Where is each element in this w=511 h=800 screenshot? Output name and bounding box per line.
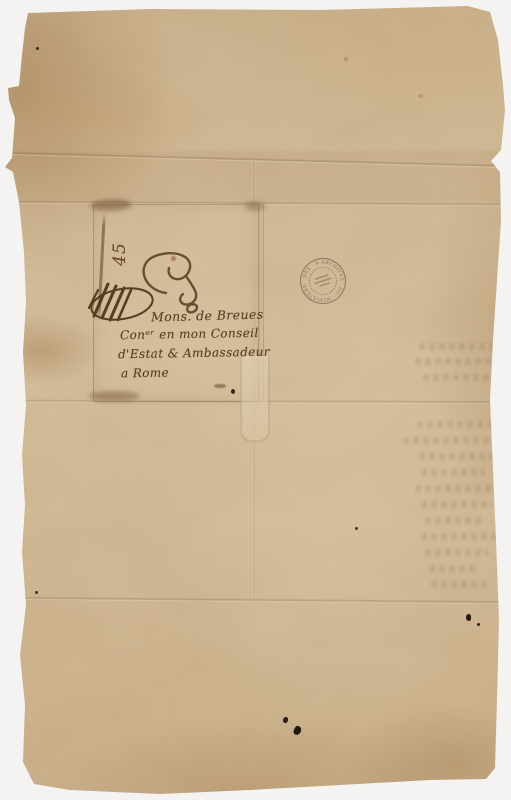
svg-text:· ARCHIVES · DU · MINISTÈRE ·: · ARCHIVES · DU · MINISTÈRE · DES · AFFA… xyxy=(290,248,350,310)
ghost-text-line xyxy=(403,437,491,444)
ghost-text-line xyxy=(431,581,487,588)
ghost-text-line xyxy=(417,421,499,428)
ghost-text-line xyxy=(425,517,483,524)
pinhole xyxy=(36,47,39,50)
ghost-text-line xyxy=(419,453,495,460)
ink-speck xyxy=(293,725,303,736)
ghost-text-line xyxy=(421,533,497,540)
ink-speck xyxy=(355,527,358,530)
address-line: d'Estat & Ambassadeur xyxy=(118,345,270,362)
fold-crease-lower xyxy=(0,596,511,605)
address-line: Conᵉʳ en mon Conseil xyxy=(120,326,259,342)
stamp-ring-text: · ARCHIVES · DU · MINISTÈRE · DES · AFFA… xyxy=(290,248,350,310)
address-panel xyxy=(93,204,259,402)
ghost-text-line xyxy=(415,485,499,492)
address-line: a Rome xyxy=(121,366,169,381)
ghost-text-line xyxy=(419,343,497,350)
ghost-text-line xyxy=(421,469,485,476)
archival-number: 45 xyxy=(100,236,140,272)
rust-freckle xyxy=(418,94,423,98)
seal-tab xyxy=(241,356,269,441)
ink-speck xyxy=(477,623,480,626)
ink-speck xyxy=(35,591,38,594)
ghost-text-line xyxy=(421,501,493,508)
ghost-text-line xyxy=(423,374,493,381)
ghost-text-line xyxy=(415,358,501,365)
ghost-text-line xyxy=(425,549,489,556)
address-line: Mons. de Breues xyxy=(151,307,264,325)
paper-sheet: 45 Mons. de Breues Conᵉʳ en mon Conseil … xyxy=(0,0,511,800)
ink-speck xyxy=(283,717,288,723)
ghost-text-line xyxy=(429,565,479,572)
ink-speck xyxy=(466,614,471,621)
pinhole xyxy=(12,64,15,68)
fold-crease-top xyxy=(0,151,511,169)
scan-background: 45 Mons. de Breues Conᵉʳ en mon Conseil … xyxy=(0,0,511,800)
rust-freckle xyxy=(344,57,348,61)
archive-stamp-icon: · ARCHIVES · DU · MINISTÈRE · DES · AFFA… xyxy=(290,248,356,314)
